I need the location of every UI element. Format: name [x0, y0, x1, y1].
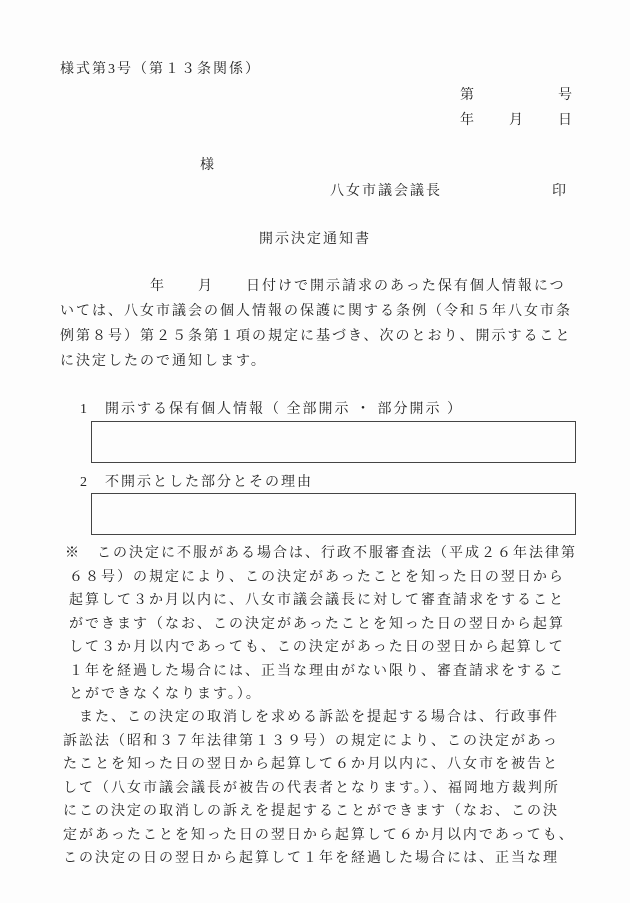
body-paragraph: 年 月 日付けで開示請求のあった保有個人情報につ いては、八女市議会の個人情報の… [60, 274, 580, 374]
date-day-label: 日 [558, 111, 572, 131]
addressee-honorific: 様 [200, 156, 216, 176]
issuer-name: 八女市議会議長 [330, 182, 442, 202]
date-month-label: 月 [509, 111, 523, 131]
seal-mark: 印 [552, 182, 568, 202]
date-row: 年 月 日 [460, 111, 572, 131]
disclosure-content-box [91, 421, 576, 463]
doc-number-prefix: 第 [460, 86, 474, 106]
doc-number-suffix: 号 [558, 86, 572, 106]
section-1-number: 1 [80, 400, 105, 420]
document-title: 開示決定通知書 [0, 230, 630, 250]
section-2-heading: 2 不開示とした部分とその理由 [80, 473, 313, 493]
section-1-heading: 1 開示する保有個人情報（ 全部開示 ・ 部分開示 ） [80, 400, 463, 420]
doc-number-row: 第 号 [460, 86, 572, 106]
section-2-number: 2 [80, 473, 105, 493]
date-year-label: 年 [460, 111, 474, 131]
section-1-label: 開示する保有個人情報（ 全部開示 ・ 部分開示 ） [105, 400, 463, 420]
section-2-label: 不開示とした部分とその理由 [105, 473, 313, 493]
note-appeal-paragraph: ※ この決定に不服がある場合は、行政不服審査法（平成２６年法律第 ６８号）の規定… [69, 542, 577, 707]
document-page: 様式第3号（第１３条関係） 第 号 年 月 日 様 八女市議会議長 印 開示決定… [0, 0, 630, 903]
nondisclosure-reason-box [91, 493, 576, 535]
note-lawsuit-paragraph: また、この決定の取消しを求める訴訟を提起する場合は、行政事件 訴訟法（昭和３７年… [63, 706, 577, 871]
form-number: 様式第3号（第１３条関係） [60, 60, 261, 80]
issuer-row: 八女市議会議長 印 [330, 182, 568, 202]
